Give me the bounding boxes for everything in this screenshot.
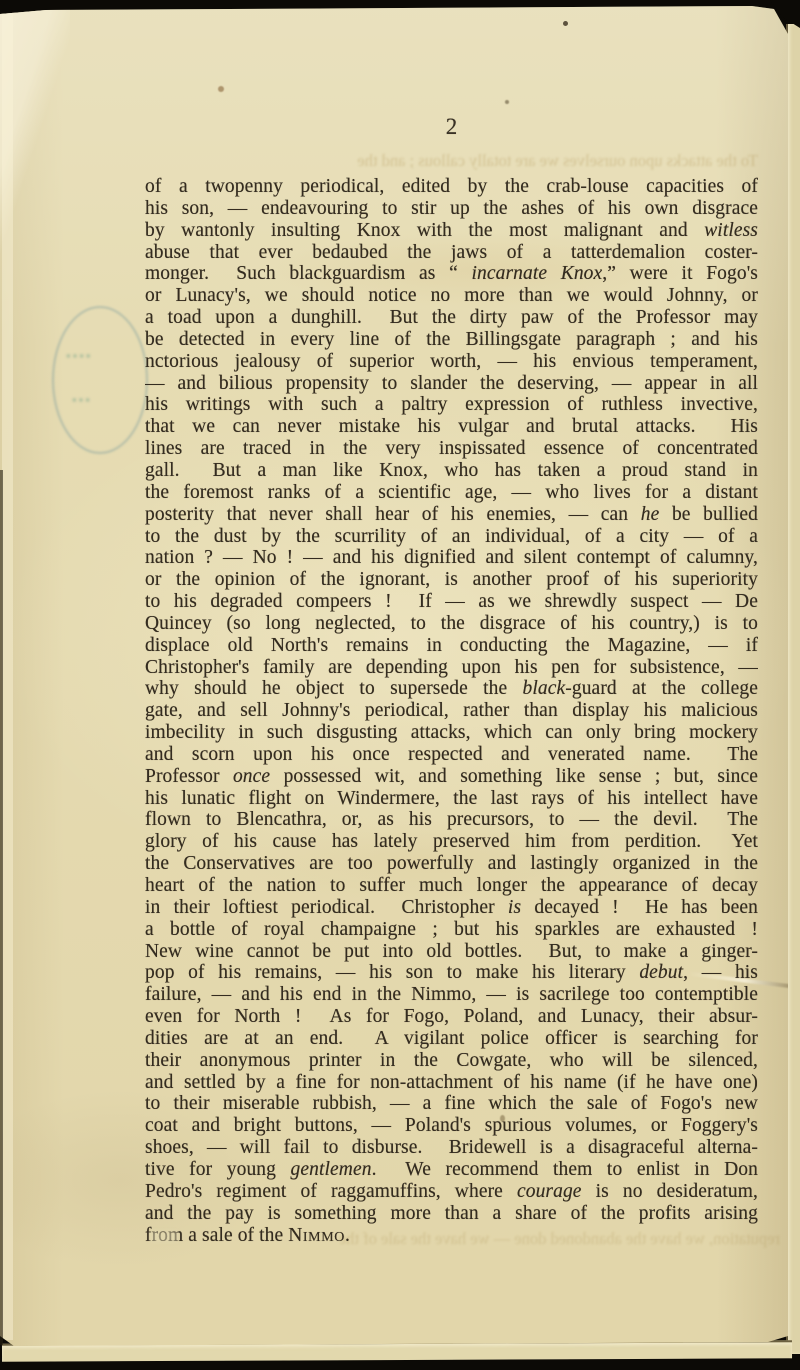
- text-line: or the opinion of the ignorant, is anoth…: [145, 569, 758, 591]
- text-line: be detected in every line of the Billing…: [145, 329, 758, 351]
- text-line: tive for young gentlemen. We recommend t…: [145, 1159, 758, 1181]
- text-line: to the dust by the scurrility of an indi…: [145, 526, 758, 548]
- text-line: his lunatic flight on Windermere, the la…: [145, 788, 758, 810]
- paper-stain-speck: [218, 86, 224, 92]
- text-line: glory of his cause has lately preserved …: [145, 831, 758, 853]
- text-line: gall. But a man like Knox, who has taken…: [145, 460, 758, 482]
- text-line: heart of the nation to suffer much longe…: [145, 875, 758, 897]
- text-line: displace old North's remains in conducti…: [145, 635, 758, 657]
- text-line: why should he object to supersede the bl…: [145, 678, 758, 700]
- text-line: a bottle of royal champaigne ; but his s…: [145, 919, 758, 941]
- text-line: the foremost ranks of a scientific age, …: [145, 482, 758, 504]
- text-line: that we can never mistake his vulgar and…: [145, 416, 758, 438]
- page-leaf: To the attacks upon ourselves we are tot…: [0, 0, 788, 1346]
- scanned-book-page: To the attacks upon ourselves we are tot…: [0, 0, 800, 1370]
- text-line: a toad upon a dunghill. But the dirty pa…: [145, 307, 758, 329]
- text-line: their anonymous printer in the Cowgate, …: [145, 1050, 758, 1072]
- text-line: and the pay is something more than a sha…: [145, 1203, 758, 1225]
- text-line: failure, — and his end in the Nimmo, — i…: [145, 984, 758, 1006]
- text-line: Christopher's family are depending upon …: [145, 657, 758, 679]
- text-line: gate, and sell Johnny's periodical, rath…: [145, 700, 758, 722]
- text-line: New wine cannot be put into old bottles.…: [145, 941, 758, 963]
- text-line: the Conservatives are too powerfully and…: [145, 853, 758, 875]
- text-line: shoes, — will fail to disburse. Bridewel…: [145, 1137, 758, 1159]
- text-line: nation ? — No ! — and his dignified and …: [145, 547, 758, 569]
- library-stamp: [52, 306, 148, 454]
- text-line: imbecility in such disgusting attacks, w…: [145, 722, 758, 744]
- text-line: even for North ! As for Fogo, Poland, an…: [145, 1006, 758, 1028]
- ink-speck: [505, 100, 509, 104]
- text-line: his writings with such a paltry expressi…: [145, 394, 758, 416]
- text-line: dities are at an end. A vigilant police …: [145, 1028, 758, 1050]
- text-line: from a sale of the Nimmo.: [145, 1225, 758, 1247]
- book-page-edge-right: [786, 24, 800, 1354]
- text-line: or Lunacy's, we should notice no more th…: [145, 285, 758, 307]
- left-page-edge-shadow: [0, 470, 3, 1345]
- text-line: to his degraded compeers ! If — as we sh…: [145, 591, 758, 613]
- library-stamp-mark: ▪▪▪: [72, 392, 92, 408]
- body-text: of a twopenny periodical, edited by the …: [145, 176, 758, 1246]
- faded-ink-spot: [150, 1231, 178, 1242]
- ink-speck: [563, 21, 568, 26]
- text-line: nctorious jealousy of superior worth, — …: [145, 351, 758, 373]
- text-line: in their loftiest periodical. Christophe…: [145, 897, 758, 919]
- text-line: — and bilious propensity to slander the …: [145, 373, 758, 395]
- text-line: of a twopenny periodical, edited by the …: [145, 176, 758, 198]
- left-page-edge-highlight: [2, 10, 13, 1340]
- text-line: posterity that never shall hear of his e…: [145, 504, 758, 526]
- text-line: abuse that ever bedaubed the jaws of a t…: [145, 242, 758, 264]
- text-line: Professor once possessed wit, and someth…: [145, 766, 758, 788]
- text-line: by wantonly insulting Knox with the most…: [145, 220, 758, 242]
- text-line: Pedro's regiment of raggamuffins, where …: [145, 1181, 758, 1203]
- text-line: monger. Such blackguardism as “ incarnat…: [145, 263, 758, 285]
- page-number: 2: [145, 114, 758, 140]
- text-line: and scorn upon his once respected and ve…: [145, 744, 758, 766]
- showthrough-text-top: To the attacks upon ourselves we are tot…: [145, 151, 758, 171]
- text-line: lines are traced in the very inspissated…: [145, 438, 758, 460]
- text-line: Quincey (so long neglected, to the disgr…: [145, 613, 758, 635]
- text-line: coat and bright buttons, — Poland's spur…: [145, 1115, 758, 1137]
- text-line: pop of his remains, — his son to make hi…: [145, 962, 758, 984]
- text-line: and settled by a fine for non-attachment…: [145, 1072, 758, 1094]
- text-line: his son, — endeavouring to stir up the a…: [145, 198, 758, 220]
- text-line: to their miserable rubbish, — a fine whi…: [145, 1093, 758, 1115]
- library-stamp-mark: ▪▪▪▪: [66, 348, 92, 364]
- text-line: flown to Blencathra, or, as his precurso…: [145, 809, 758, 831]
